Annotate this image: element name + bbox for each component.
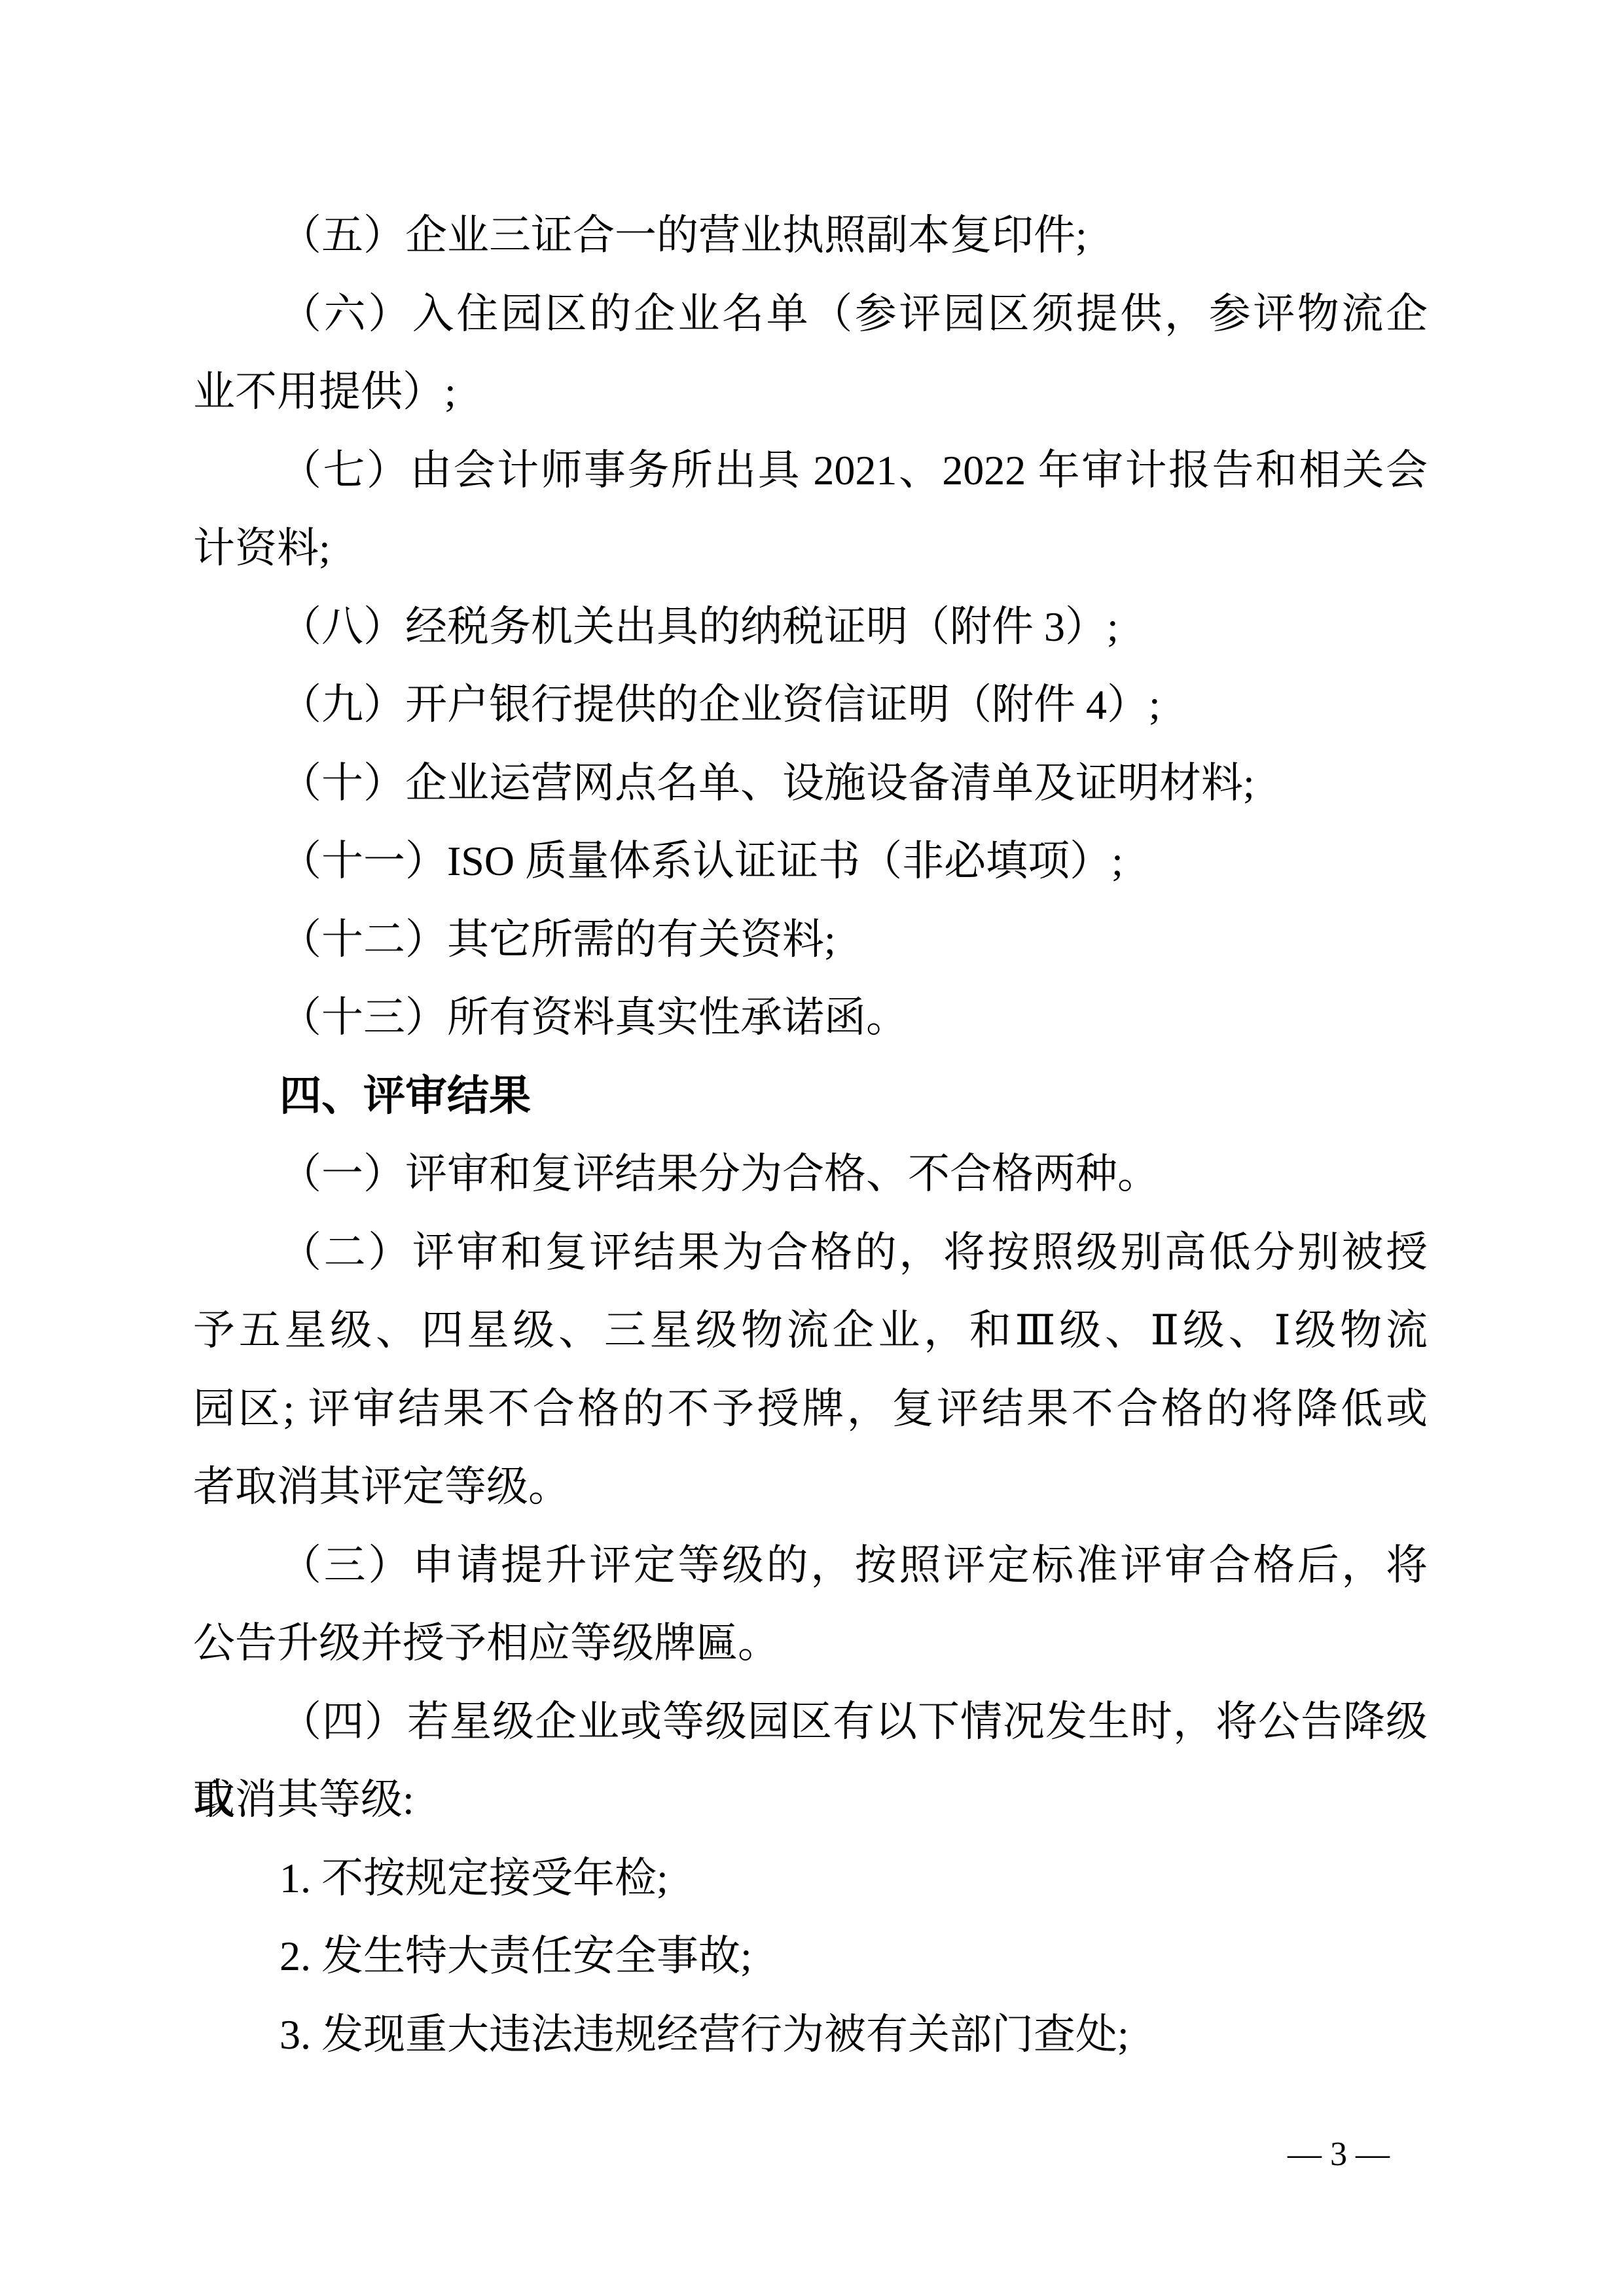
page-number: — 3 — <box>1288 2135 1390 2174</box>
text-line-result-1: （一）评审和复评结果分为合格、不合格两种。 <box>193 1135 1428 1213</box>
text-line-result-4: （四）若星级企业或等级园区有以下情况发生时，将公告降级或 <box>193 1683 1428 1761</box>
text-line-item-7: （七）由会计师事务所出具 2021、2022 年审计报告和相关会 <box>193 431 1428 510</box>
text-line-sub-1: 1. 不按规定接受年检; <box>193 1839 1428 1918</box>
text-line-item-9: （九）开户银行提供的企业资信证明（附件 4）; <box>193 666 1428 744</box>
text-line-sub-3: 3. 发现重大违法违规经营行为被有关部门查处; <box>193 1996 1428 2074</box>
text-line-item-7-cont: 计资料; <box>193 509 1428 588</box>
text-line-item-6: （六）入住园区的企业名单（参评园区须提供，参评物流企 <box>193 275 1428 353</box>
document-body: （五）企业三证合一的营业执照副本复印件; （六）入住园区的企业名单（参评园区须提… <box>193 196 1428 2073</box>
text-line-sub-2: 2. 发生特大责任安全事故; <box>193 1917 1428 1996</box>
text-line-item-10: （十）企业运营网点名单、设施设备清单及证明材料; <box>193 744 1428 823</box>
text-line-result-2-cont3: 者取消其评定等级。 <box>193 1448 1428 1526</box>
text-line-item-5: （五）企业三证合一的营业执照副本复印件; <box>193 196 1428 275</box>
text-line-result-2-cont2: 园区; 评审结果不合格的不予授牌，复评结果不合格的将降低或 <box>193 1370 1428 1448</box>
text-line-result-3: （三）申请提升评定等级的，按照评定标准评审合格后，将 <box>193 1526 1428 1605</box>
text-line-item-13: （十三）所有资料真实性承诺函。 <box>193 978 1428 1057</box>
section-heading-4: 四、评审结果 <box>193 1057 1428 1136</box>
text-line-result-4-cont: 取消其等级: <box>193 1761 1428 1839</box>
text-line-item-8: （八）经税务机关出具的纳税证明（附件 3）; <box>193 588 1428 666</box>
text-line-item-6-cont: 业不用提供）; <box>193 353 1428 431</box>
text-line-result-2: （二）评审和复评结果为合格的，将按照级别高低分别被授 <box>193 1213 1428 1292</box>
document-page: （五）企业三证合一的营业执照副本复印件; （六）入住园区的企业名单（参评园区须提… <box>0 0 1624 2296</box>
text-line-result-2-cont: 予五星级、四星级、三星级物流企业，和Ⅲ级、Ⅱ级、Ⅰ级物流 <box>193 1291 1428 1370</box>
text-line-result-3-cont: 公告升级并授予相应等级牌匾。 <box>193 1604 1428 1683</box>
text-line-item-12: （十二）其它所需的有关资料; <box>193 901 1428 979</box>
text-line-item-11: （十一）ISO 质量体系认证证书（非必填项）; <box>193 822 1428 901</box>
